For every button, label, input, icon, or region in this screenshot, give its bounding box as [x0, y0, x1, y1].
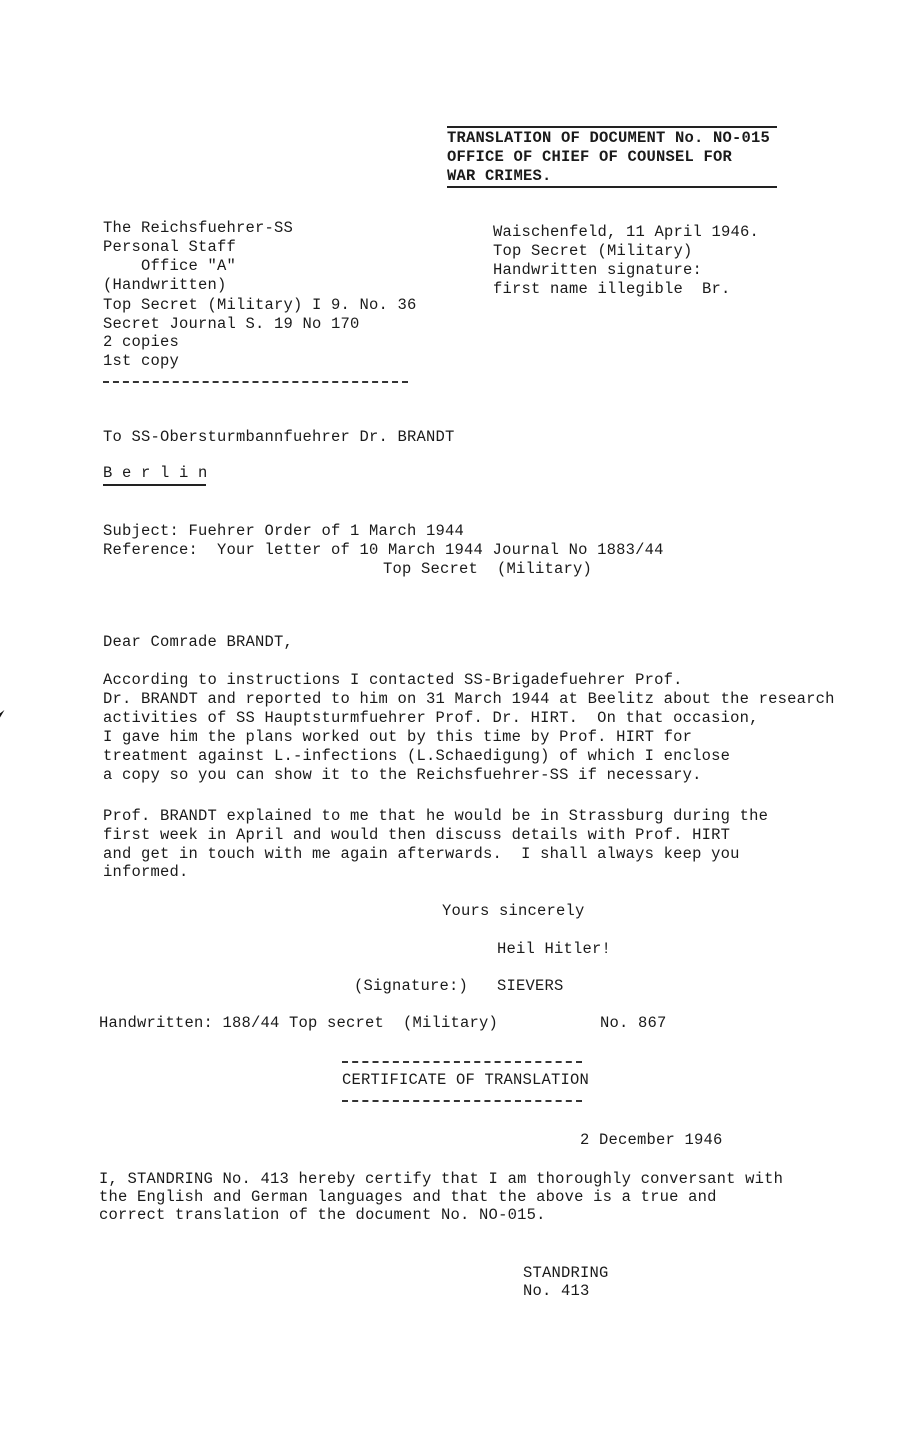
body-line: Prof. BRANDT explained to me that he wou… — [103, 807, 768, 826]
reference-classification: Top Secret (Military) — [383, 560, 592, 579]
body-line: first week in April and would then discu… — [103, 826, 730, 845]
body-line: and get in touch with me again afterward… — [103, 845, 740, 864]
sender-line: 2 copies — [103, 333, 179, 352]
sender-line: Personal Staff — [103, 238, 236, 257]
place-date-line: first name illegible Br. — [493, 280, 731, 299]
body-line: activities of SS Hauptsturmfuehrer Prof.… — [103, 709, 759, 728]
certificate-signer-number: No. 413 — [523, 1282, 590, 1301]
sender-line: Office "A" — [103, 257, 236, 276]
body-line: According to instructions I contacted SS… — [103, 671, 683, 690]
header-top-rule — [447, 126, 777, 128]
sender-line: (Handwritten) — [103, 276, 227, 295]
place-date-line: Waischenfeld, 11 April 1946. — [493, 223, 759, 242]
sender-divider — [103, 381, 408, 383]
signature-name: SIEVERS — [497, 977, 564, 996]
closing-yours: Yours sincerely — [442, 902, 585, 921]
body-line: informed. — [103, 863, 189, 882]
handwritten-note: Handwritten: 188/44 Top secret (Military… — [99, 1014, 498, 1033]
closing-heil: Heil Hitler! — [497, 940, 611, 959]
sender-line: Top Secret (Military) I 9. No. 36 — [103, 296, 417, 315]
certificate-line: the English and German languages and tha… — [99, 1188, 717, 1207]
place-date-line: Top Secret (Military) — [493, 242, 693, 261]
header-line-3: WAR CRIMES. — [447, 167, 552, 186]
header-bottom-rule — [447, 186, 777, 188]
place-date-line: Handwritten signature: — [493, 261, 702, 280]
certificate-top-divider — [342, 1061, 582, 1063]
certificate-title: CERTIFICATE OF TRANSLATION — [342, 1071, 589, 1090]
addressee-to: To SS-Obersturmbannfuehrer Dr. BRANDT — [103, 428, 455, 447]
sender-line: Secret Journal S. 19 No 170 — [103, 315, 360, 334]
document-number: No. 867 — [600, 1014, 667, 1033]
certificate-bottom-divider — [342, 1100, 582, 1102]
body-line: treatment against L.-infections (L.Schae… — [103, 747, 730, 766]
salutation: Dear Comrade BRANDT, — [103, 633, 293, 652]
signature-label: (Signature:) — [354, 977, 468, 996]
header-line-1: TRANSLATION OF DOCUMENT No. NO-015 — [447, 129, 770, 148]
subject-line: Subject: Fuehrer Order of 1 March 1944 — [103, 522, 464, 541]
body-line: Dr. BRANDT and reported to him on 31 Mar… — [103, 690, 835, 709]
city-underline — [103, 484, 206, 486]
header-line-2: OFFICE OF CHIEF OF COUNSEL FOR — [447, 148, 732, 167]
certificate-signer-name: STANDRING — [523, 1264, 609, 1283]
sender-line: The Reichsfuehrer-SS — [103, 219, 293, 238]
sender-line: 1st copy — [103, 352, 179, 371]
addressee-city: B e r l i n — [103, 464, 208, 483]
body-line: I gave him the plans worked out by this … — [103, 728, 692, 747]
left-margin-mark — [0, 706, 9, 736]
certificate-line: correct translation of the document No. … — [99, 1206, 546, 1225]
body-line: a copy so you can show it to the Reichsf… — [103, 766, 702, 785]
certificate-date: 2 December 1946 — [580, 1131, 723, 1150]
reference-line: Reference: Your letter of 10 March 1944 … — [103, 541, 664, 560]
certificate-line: I, STANDRING No. 413 hereby certify that… — [99, 1170, 783, 1189]
